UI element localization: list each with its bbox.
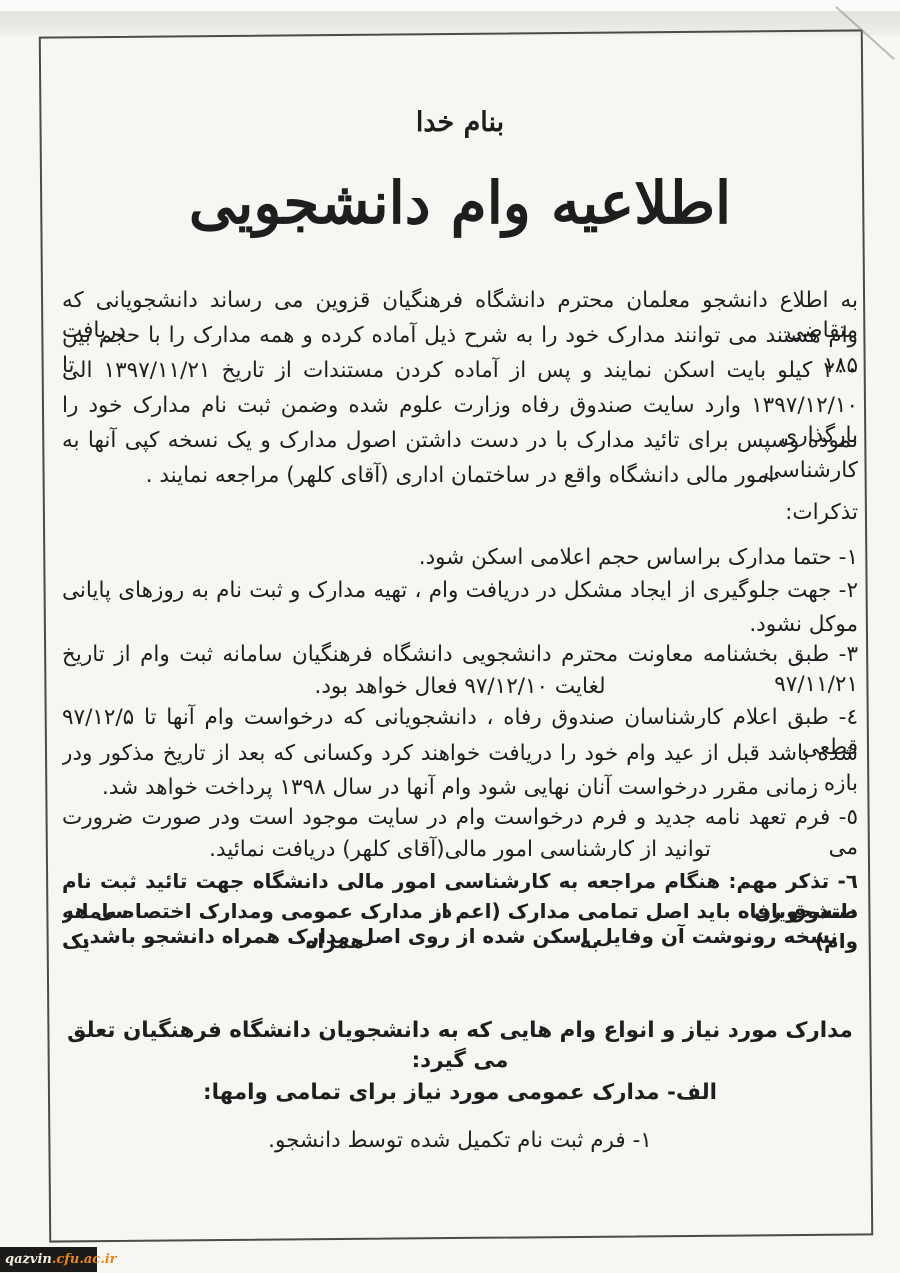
note-line: ۲- جهت جلوگیری از ایجاد مشکل در دریافت و… [62,576,858,606]
requirements-heading: مدارک مورد نیاز و انواع وام هایی که به د… [62,1016,858,1076]
document-content: بنام خدا اطلاعیه وام دانشجویی به اطلاع د… [62,0,858,1273]
note-line: لغایت ۹۷/۱۲/۱۰ فعال خواهد بود. [62,672,858,702]
scanned-announcement-page: بنام خدا اطلاعیه وام دانشجویی به اطلاع د… [0,0,900,1273]
note-line: زمانی مقرر درخواست آنان نهایی شود وام آن… [62,773,858,803]
note-line: موکل نشود. [62,610,858,640]
note-line-important: نسخه رونوشت آن وفایل اسکن شده از روی اصل… [62,921,858,951]
intro-line: امور مالی دانشگاه واقع در ساختمان اداری … [62,461,858,491]
notes-heading: تذکرات: [62,498,858,528]
general-docs-item: ۱- فرم ثبت نام تکمیل شده توسط دانشجو. [62,1126,858,1156]
bismillah-text: بنام خدا [62,108,858,138]
intro-line: ۲۰۰ کیلو بایت اسکن نمایند و پس از آماده … [62,356,858,386]
site-watermark: qazvin.cfu.ac.ir [0,1247,97,1272]
document-title: اطلاعیه وام دانشجویی [62,158,858,248]
note-line: توانید از کارشناسی امور مالی(آقای کلهر) … [62,835,858,865]
watermark-suffix: .cfu.ac.ir [52,1252,117,1267]
watermark-prefix: qazvin [5,1252,52,1267]
note-line: ۱- حتما مدارک براساس حجم اعلامی اسکن شود… [62,543,858,573]
general-docs-heading: الف- مدارک عمومی مورد نیاز برای تمامی وا… [62,1078,858,1108]
